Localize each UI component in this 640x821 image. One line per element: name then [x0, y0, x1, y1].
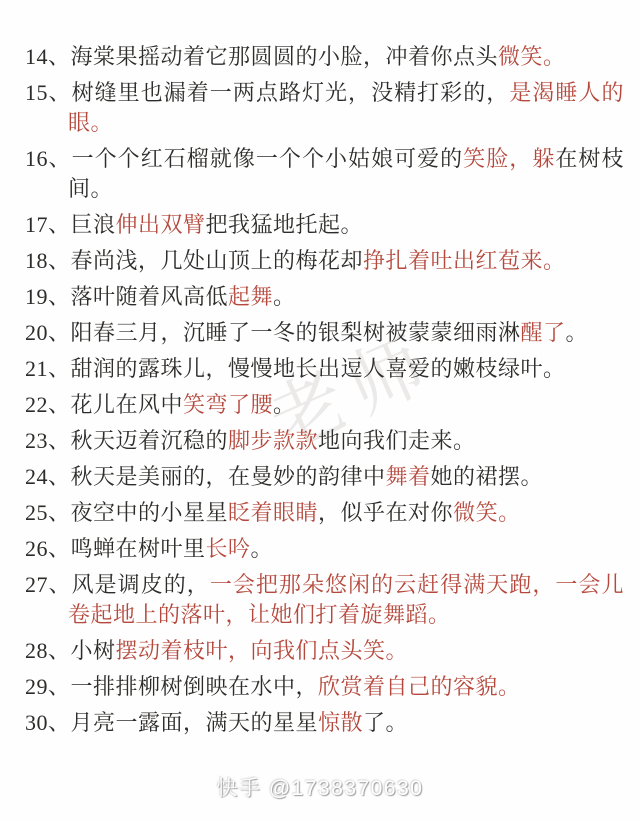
- sentence-text: 夜空中的小星星: [71, 500, 229, 525]
- highlighted-phrase: 醒了: [521, 320, 566, 345]
- list-item: 26、鸣蝉在树叶里长吟。: [25, 534, 624, 564]
- list-item: 23、秋天迈着沉稳的脚步款款地向我们走来。: [25, 426, 624, 456]
- highlighted-phrase: 摆动着枝叶，向我们点头笑。: [116, 638, 409, 663]
- highlighted-phrase: 笑弯了腰: [183, 392, 273, 417]
- sentence-text: 。: [273, 284, 296, 309]
- list-item: 21、甜润的露珠儿，慢慢地长出逗人喜爱的嫩枝绿叶。: [25, 354, 624, 384]
- sentence-text: 秋天是美丽的，在曼妙的韵律中: [71, 464, 386, 489]
- sentence-text: 春尚浅，几处山顶上的梅花却: [71, 248, 364, 273]
- item-number: 14、: [25, 44, 71, 69]
- highlighted-phrase: 起舞: [228, 284, 273, 309]
- sentence-text: 月亮一露面，满天的星星: [71, 710, 319, 735]
- highlighted-phrase: 挣扎着吐出红苞来。: [363, 248, 566, 273]
- item-number: 27、: [25, 572, 72, 597]
- highlighted-phrase: 眨着眼睛: [228, 500, 318, 525]
- item-number: 23、: [25, 428, 71, 453]
- highlighted-phrase: 微笑。: [498, 44, 566, 69]
- sentence-text: 地向我们走来。: [318, 428, 476, 453]
- item-number: 25、: [25, 500, 71, 525]
- list-item: 14、海棠果摇动着它那圆圆的小脸，冲着你点头微笑。: [25, 42, 624, 72]
- sentence-text: 鸣蝉在树叶里: [71, 536, 206, 561]
- item-number: 24、: [25, 464, 71, 489]
- sentence-text: 落叶随着风高低: [71, 284, 229, 309]
- sentence-text: 树缝里也漏着一两点路灯光，没精打彩的，: [72, 80, 510, 105]
- list-item: 22、花儿在风中笑弯了腰。: [25, 390, 624, 420]
- sentence-text: 小树: [71, 638, 116, 663]
- highlighted-phrase: 脚步款款: [228, 428, 318, 453]
- sentence-text: 她的裙摆。: [431, 464, 544, 489]
- sentence-text: 一个个红石榴就像一个个小姑娘可爱的: [72, 146, 464, 171]
- highlighted-phrase: 舞着: [386, 464, 431, 489]
- highlighted-phrase: 欣赏着自己的容貌。: [318, 674, 521, 699]
- item-number: 30、: [25, 710, 71, 735]
- list-item: 27、风是调皮的，一会把那朵悠闲的云赶得满天跑，一会儿卷起地上的落叶，让她们打着…: [25, 570, 624, 630]
- item-number: 18、: [25, 248, 71, 273]
- item-number: 15、: [25, 80, 72, 105]
- item-number: 29、: [25, 674, 71, 699]
- list-item: 30、月亮一露面，满天的星星惊散了。: [25, 708, 624, 738]
- sentence-text: 了。: [363, 710, 408, 735]
- item-number: 22、: [25, 392, 71, 417]
- item-number: 16、: [25, 146, 72, 171]
- list-item: 25、夜空中的小星星眨着眼睛，似乎在对你微笑。: [25, 498, 624, 528]
- sentence-text: 阳春三月，沉睡了一冬的银梨树被蒙蒙细雨淋: [71, 320, 521, 345]
- sentence-text: 。: [273, 392, 296, 417]
- sentence-text: ，似乎在对你: [318, 500, 453, 525]
- list-item: 16、一个个红石榴就像一个个小姑娘可爱的笑脸，躲在树枝间。: [25, 144, 624, 204]
- list-item: 29、一排排柳树倒映在水中，欣赏着自己的容貌。: [25, 672, 624, 702]
- sentence-text: 把我猛地托起。: [206, 212, 364, 237]
- sentence-text: 秋天迈着沉稳的: [71, 428, 229, 453]
- item-number: 26、: [25, 536, 71, 561]
- list-item: 19、落叶随着风高低起舞。: [25, 282, 624, 312]
- list-item: 20、阳春三月，沉睡了一冬的银梨树被蒙蒙细雨淋醒了。: [25, 318, 624, 348]
- item-number: 20、: [25, 320, 71, 345]
- kuaishou-handle-text: 快手 @1738370630: [217, 777, 424, 800]
- footer-watermark: 快手 @1738370630: [0, 772, 640, 802]
- sentence-text: 风是调皮的，: [72, 572, 210, 597]
- list-item: 24、秋天是美丽的，在曼妙的韵律中舞着她的裙摆。: [25, 462, 624, 492]
- sentence-text: 甜润的露珠儿，慢慢地长出逗人喜爱的嫩枝绿叶。: [71, 356, 566, 381]
- sentence-text: 花儿在风中: [71, 392, 184, 417]
- highlighted-phrase: 笑脸，躲: [463, 146, 555, 171]
- highlighted-phrase: 长吟: [206, 536, 251, 561]
- list-item: 15、树缝里也漏着一两点路灯光，没精打彩的，是渴睡人的眼。: [25, 78, 624, 138]
- item-number: 21、: [25, 356, 71, 381]
- list-item: 17、巨浪伸出双臂把我猛地托起。: [25, 210, 624, 240]
- item-number: 17、: [25, 212, 71, 237]
- item-number: 28、: [25, 638, 71, 663]
- sentence-text: 。: [566, 320, 589, 345]
- list-item: 28、小树摆动着枝叶，向我们点头笑。: [25, 636, 624, 666]
- list-item: 18、春尚浅，几处山顶上的梅花却挣扎着吐出红苞来。: [25, 246, 624, 276]
- sentence-text: 。: [251, 536, 274, 561]
- highlighted-phrase: 伸出双臂: [116, 212, 206, 237]
- sentence-text: 巨浪: [71, 212, 116, 237]
- highlighted-phrase: 微笑。: [453, 500, 521, 525]
- highlighted-phrase: 惊散: [318, 710, 363, 735]
- page-root: 老师 14、海棠果摇动着它那圆圆的小脸，冲着你点头微笑。15、树缝里也漏着一两点…: [0, 0, 640, 821]
- sentence-list: 14、海棠果摇动着它那圆圆的小脸，冲着你点头微笑。15、树缝里也漏着一两点路灯光…: [25, 42, 624, 744]
- sentence-text: 一排排柳树倒映在水中，: [71, 674, 319, 699]
- sentence-text: 海棠果摇动着它那圆圆的小脸，冲着你点头: [71, 44, 499, 69]
- item-number: 19、: [25, 284, 71, 309]
